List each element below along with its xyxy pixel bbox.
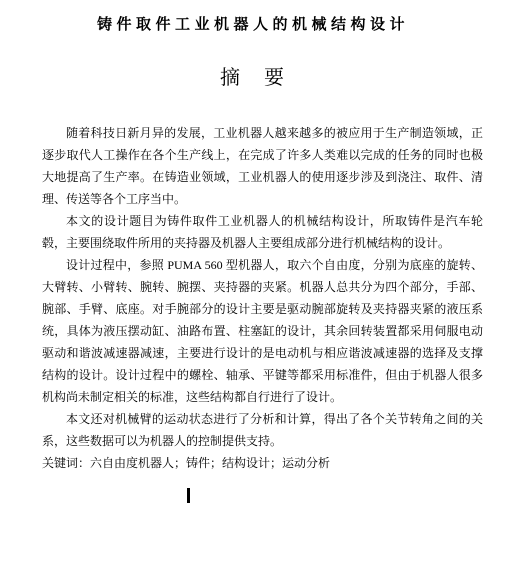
document-page[interactable]: 铸件取件工业机器人的机械结构设计 摘 要 随着科技日新月异的发展，工业机器人越来… — [0, 0, 506, 564]
text-caret — [187, 488, 190, 503]
keywords-line[interactable]: 关键词：六自由度机器人；铸件；结构设计；运动分析 — [42, 452, 483, 474]
abstract-paragraph-1[interactable]: 随着科技日新月异的发展，工业机器人越来越多的被应用于生产制造领域，正逐步取代人工… — [42, 122, 483, 210]
document-title[interactable]: 铸件取件工业机器人的机械结构设计 — [0, 0, 506, 35]
abstract-paragraph-3[interactable]: 设计过程中，参照 PUMA 560 型机器人，取六个自由度，分别为底座的旋转、大… — [42, 254, 483, 408]
abstract-heading[interactable]: 摘 要 — [0, 65, 506, 91]
abstract-body[interactable]: 随着科技日新月异的发展，工业机器人越来越多的被应用于生产制造领域，正逐步取代人工… — [42, 122, 483, 474]
abstract-paragraph-2[interactable]: 本文的设计题目为铸件取件工业机器人的机械结构设计，所取铸件是汽车轮毂，主要围绕取… — [42, 210, 483, 254]
abstract-paragraph-4[interactable]: 本文还对机械臂的运动状态进行了分析和计算，得出了各个关节转角之间的关系，这些数据… — [42, 408, 483, 452]
